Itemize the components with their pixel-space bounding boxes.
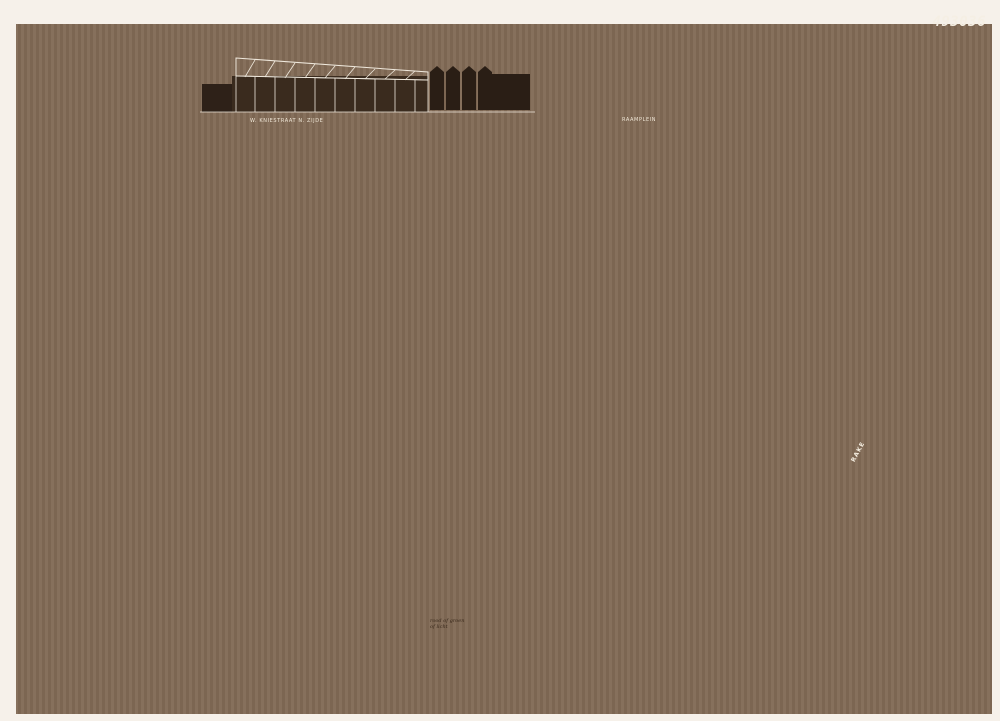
drawing-sheet bbox=[0, 0, 1000, 721]
elevation-label-right: RAAMPLEIN bbox=[622, 117, 656, 123]
elevation-label-left: W. KNIESTRAAT N. ZIJDE bbox=[250, 118, 323, 124]
catalog-number: 493036 bbox=[932, 14, 986, 30]
stage-handwritten-note: rood of groen of licht bbox=[430, 618, 470, 630]
